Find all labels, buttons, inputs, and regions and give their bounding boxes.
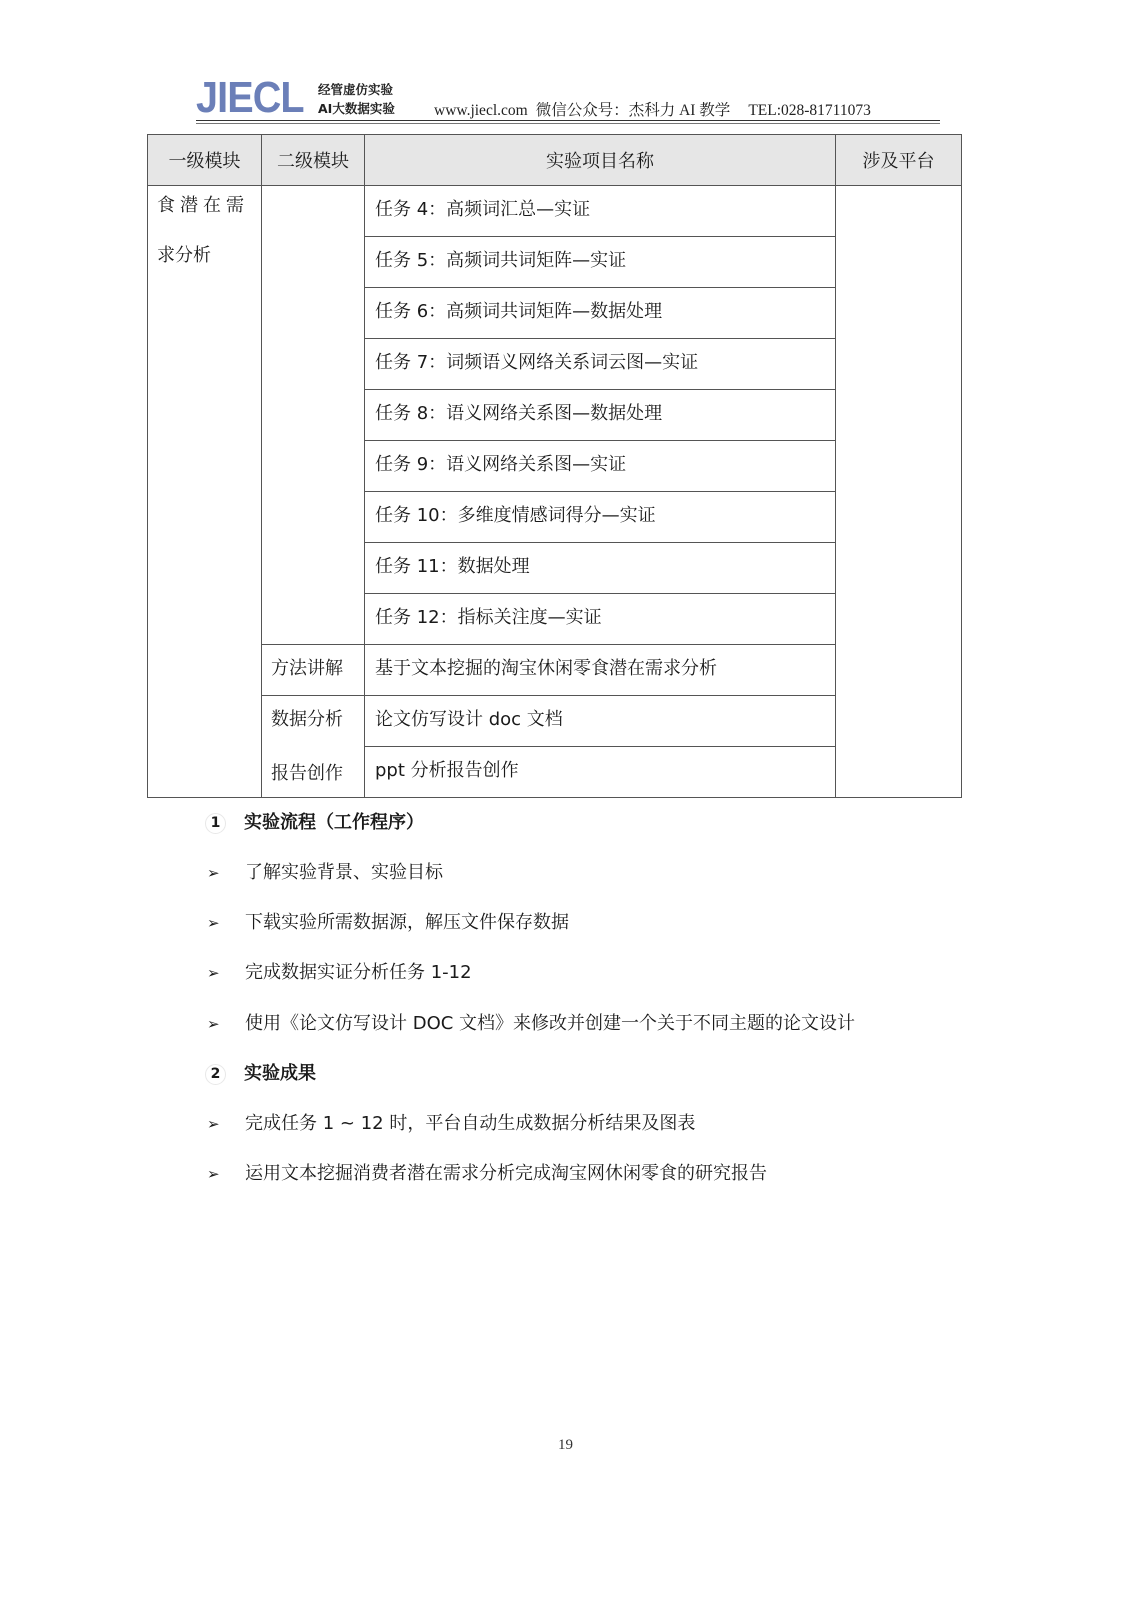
report-item-label: 论文仿写设计 doc 文档 [375, 705, 835, 731]
task-cell: 论文仿写设计 doc 文档 [365, 696, 836, 747]
list-item: ➢完成数据实证分析任务 1-12 [207, 958, 472, 984]
list-item: ➢完成任务 1 ~ 12 时，平台自动生成数据分析结果及图表 [207, 1109, 695, 1135]
task-label: 任务 4：高频词汇总—实证 [375, 195, 835, 221]
task-label: 任务 12：指标关注度—实证 [375, 603, 835, 629]
task-cell: 任务 10：多维度情感词得分—实证 [365, 492, 836, 543]
logo-subtitle-line2: AI大数据实验 [318, 99, 395, 118]
section-title: 实验流程（工作程序） [244, 812, 424, 833]
page-number: 19 [0, 1437, 1131, 1454]
list-item-text: 完成数据实证分析任务 1-12 [245, 962, 472, 983]
section-number-badge: 2 [205, 1064, 226, 1085]
platform-cell [836, 186, 962, 798]
task-cell: 任务 7：词频语义网络关系词云图—实证 [365, 339, 836, 390]
col-header-level1: 一级模块 [148, 135, 262, 186]
task-label: 任务 5：高频词共词矩阵—实证 [375, 246, 835, 272]
wechat-text: 微信公众号：杰科力 AI 教学 [536, 102, 731, 119]
section-number-badge: 1 [205, 813, 226, 834]
header-contact: www.jiecl.com微信公众号：杰科力 AI 教学TEL:028-8171… [434, 98, 871, 120]
list-item: ➢了解实验背景、实验目标 [207, 858, 443, 884]
level1-text-line1: 食潜在需 [157, 195, 253, 217]
arrow-bullet-icon: ➢ [207, 1115, 245, 1133]
table-row: 食潜在需 求分析 任务 4：高频词汇总—实证 [148, 186, 962, 237]
task-label: 任务 7：词频语义网络关系词云图—实证 [375, 348, 835, 374]
list-item: ➢运用文本挖掘消费者潜在需求分析完成淘宝网休闲零食的研究报告 [207, 1159, 767, 1185]
level2-cell-empty [262, 186, 365, 645]
website-text: www.jiecl.com [434, 102, 528, 119]
method-module-cell: 方法讲解 [262, 645, 365, 696]
list-item: ➢下载实验所需数据源，解压文件保存数据 [207, 908, 569, 934]
report-module-line1: 数据分析 [262, 705, 364, 731]
task-cell: 任务 12：指标关注度—实证 [365, 594, 836, 645]
task-label: 任务 11：数据处理 [375, 552, 835, 578]
report-item-label: ppt 分析报告创作 [375, 756, 835, 782]
arrow-bullet-icon: ➢ [207, 914, 245, 932]
arrow-bullet-icon: ➢ [207, 964, 245, 982]
report-module-line2: 报告创作 [262, 759, 364, 785]
list-item-text: 了解实验背景、实验目标 [245, 862, 443, 883]
method-item-label: 基于文本挖掘的淘宝休闲零食潜在需求分析 [375, 654, 835, 680]
tel-text: TEL:028-81711073 [748, 102, 871, 119]
col-header-platform: 涉及平台 [836, 135, 962, 186]
section-heading-process: 1实验流程（工作程序） [205, 808, 424, 834]
task-cell: 任务 8：语义网络关系图—数据处理 [365, 390, 836, 441]
table-header-row: 一级模块 二级模块 实验项目名称 涉及平台 [148, 135, 962, 186]
list-item-text: 完成任务 1 ~ 12 时，平台自动生成数据分析结果及图表 [245, 1113, 695, 1134]
list-item-text: 下载实验所需数据源，解压文件保存数据 [245, 912, 569, 933]
task-cell: 任务 9：语义网络关系图—实证 [365, 441, 836, 492]
task-cell: 任务 4：高频词汇总—实证 [365, 186, 836, 237]
task-label: 任务 9：语义网络关系图—实证 [375, 450, 835, 476]
task-cell: 任务 6：高频词共词矩阵—数据处理 [365, 288, 836, 339]
header-rule-thin [196, 123, 940, 124]
level1-text-line2: 求分析 [157, 245, 253, 267]
col-header-project-name: 实验项目名称 [365, 135, 836, 186]
list-item: ➢使用《论文仿写设计 DOC 文档》来修改并创建一个关于不同主题的论文设计 [207, 1009, 855, 1035]
section-title: 实验成果 [244, 1063, 316, 1084]
report-module-cell: 数据分析 报告创作 [262, 696, 365, 798]
arrow-bullet-icon: ➢ [207, 864, 245, 882]
task-label: 任务 6：高频词共词矩阵—数据处理 [375, 297, 835, 323]
logo-subtitle: 经管虚仿实验 AI大数据实验 [318, 80, 395, 118]
task-cell: 基于文本挖掘的淘宝休闲零食潜在需求分析 [365, 645, 836, 696]
list-item-text: 使用《论文仿写设计 DOC 文档》来修改并创建一个关于不同主题的论文设计 [245, 1013, 855, 1034]
arrow-bullet-icon: ➢ [207, 1165, 245, 1183]
experiment-table: 一级模块 二级模块 实验项目名称 涉及平台 食潜在需 求分析 任务 4：高频词汇… [147, 134, 962, 798]
task-label: 任务 10：多维度情感词得分—实证 [375, 501, 835, 527]
task-label: 任务 8：语义网络关系图—数据处理 [375, 399, 835, 425]
level1-cell: 食潜在需 求分析 [148, 186, 262, 798]
jiecl-logo: JIECL [196, 76, 304, 120]
task-cell: 任务 11：数据处理 [365, 543, 836, 594]
list-item-text: 运用文本挖掘消费者潜在需求分析完成淘宝网休闲零食的研究报告 [245, 1163, 767, 1184]
col-header-level2: 二级模块 [262, 135, 365, 186]
header-rule [196, 120, 940, 121]
logo-subtitle-line1: 经管虚仿实验 [318, 80, 395, 99]
task-cell: ppt 分析报告创作 [365, 747, 836, 798]
method-module-label: 方法讲解 [262, 654, 364, 680]
task-cell: 任务 5：高频词共词矩阵—实证 [365, 237, 836, 288]
section-heading-results: 2实验成果 [205, 1059, 316, 1085]
page-header: JIECL 经管虚仿实验 AI大数据实验 www.jiecl.com微信公众号：… [196, 74, 940, 122]
arrow-bullet-icon: ➢ [207, 1015, 245, 1033]
